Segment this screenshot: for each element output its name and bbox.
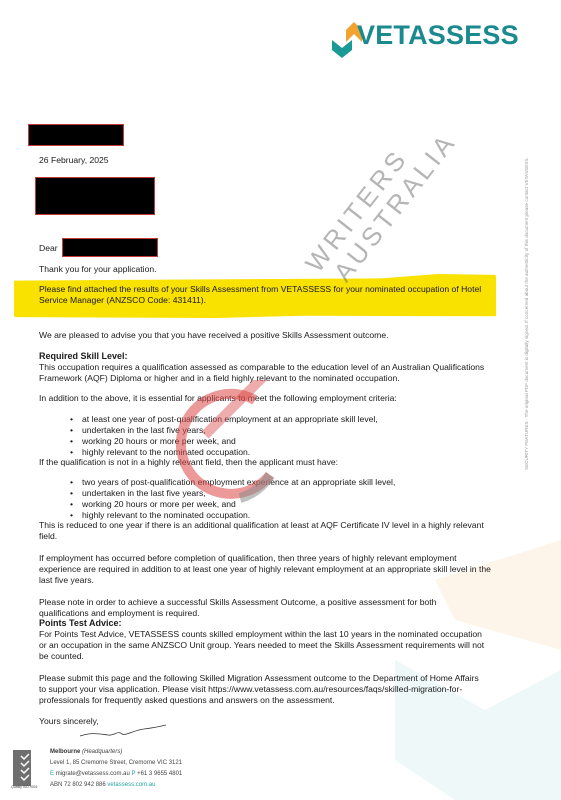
- phone-label: P: [131, 771, 135, 777]
- highlighted-line-1: Please find attached the results of your…: [39, 284, 481, 295]
- website-link[interactable]: vetassess.com.au: [107, 782, 155, 788]
- brand-name: VETASSESS: [357, 20, 519, 51]
- before-completion-line-2: experience are required in addition to a…: [39, 564, 491, 575]
- iso-label: Quality ISO 9001: [11, 785, 38, 789]
- highlighted-line-2: Service Manager (ANZSCO Code: 431411).: [39, 295, 206, 306]
- redacted-reference: [28, 124, 124, 146]
- background-decoration: [395, 540, 561, 800]
- required-skill-heading: Required Skill Level:: [39, 351, 128, 362]
- before-completion-line-1: If employment has occurred before comple…: [39, 553, 457, 564]
- points-test-line-2: or an occupation in the same ANZSCO Unit…: [39, 640, 484, 651]
- submit-line-1: Please submit this page and the followin…: [39, 673, 479, 684]
- iso-certification-icon: [13, 750, 31, 786]
- salutation: Dear: [39, 243, 58, 254]
- office-name: Melbourne: [50, 749, 80, 755]
- email-link[interactable]: migrate@vetassess.com.au: [56, 771, 130, 777]
- footer-office: Melbourne (Headquarters): [50, 748, 122, 758]
- email-label: E: [50, 771, 54, 777]
- points-test-heading: Points Test Advice:: [39, 618, 122, 629]
- redacted-address: [35, 177, 155, 215]
- abn-number: ABN 72 802 942 886: [50, 782, 106, 788]
- submit-line-2: to support your visa application. Please…: [39, 684, 462, 695]
- note-line-1: Please note in order to achieve a succes…: [39, 597, 436, 608]
- outcome-text: We are pleased to advise you that you ha…: [39, 330, 389, 341]
- intro-text: Thank you for your application.: [39, 264, 157, 275]
- watermark-ring-icon: [160, 380, 300, 520]
- watermark-text: WRITERS AUSTRALIA: [300, 110, 461, 295]
- signature-icon: [78, 724, 168, 740]
- points-test-line-1: For Points Test Advice, VETASSESS counts…: [39, 629, 482, 640]
- before-completion-line-3: last five years.: [39, 575, 94, 586]
- reduced-line-2: field.: [39, 531, 57, 542]
- phone-number: +61 3 9655 4801: [137, 771, 182, 777]
- footer-abn: ABN 72 802 942 886 vetassess.com.au: [50, 781, 155, 791]
- footer-contact: E migrate@vetassess.com.au P +61 3 9655 …: [50, 770, 182, 780]
- redacted-name: [62, 238, 158, 257]
- reduced-line-1: This is reduced to one year if there is …: [39, 520, 484, 531]
- office-note: (Headquarters): [82, 749, 122, 755]
- required-skill-line-1: This occupation requires a qualification…: [39, 362, 484, 373]
- footer-address: Level 1, 85 Cremorne Street, Cremorne VI…: [50, 759, 182, 769]
- submit-line-3: professionals for frequently asked quest…: [39, 695, 335, 706]
- security-notice: SECURITY FEATURES - The original PDF doc…: [524, 157, 529, 470]
- points-test-line-3: be counted.: [39, 651, 84, 662]
- letter-date: 26 February, 2025: [39, 155, 109, 166]
